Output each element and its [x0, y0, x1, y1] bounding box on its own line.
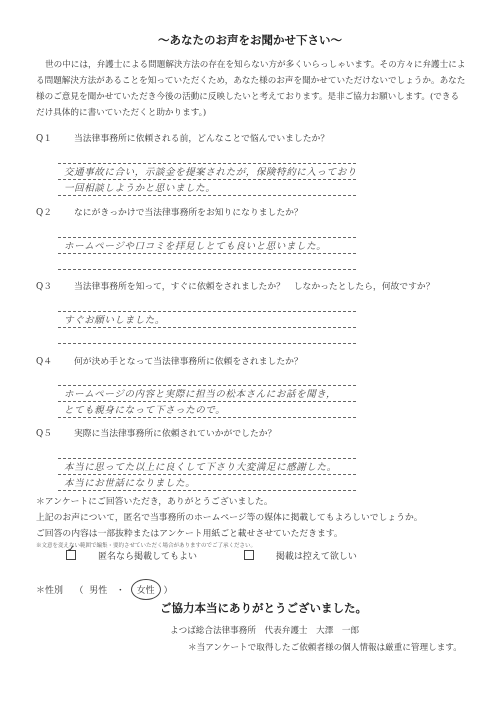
question-number: Q４ [36, 354, 74, 367]
gender-option-male[interactable]: 男性 [89, 586, 107, 596]
answer-line [58, 254, 356, 270]
answer-line: 本当に思ってた以上に良くして下さり大変満足に感謝した。 [58, 459, 356, 475]
question-text: 当法律事務所に依頼される前，どんなことで悩んでいましたか？ [74, 134, 329, 144]
intro-paragraph: 世の中には，弁護士による問題解決方法の存在を知らない方が多くいらっしゃいます。そ… [36, 57, 466, 121]
answer-line: ホームページの内容と実際に担当の松本さんにお話を聞き， [58, 386, 356, 402]
answer-line [58, 148, 356, 164]
handwritten-answer: 交通事故に合い，示談金を提案されたが，保険特約に入っており [64, 164, 357, 178]
question-text: 実際に当法律事務所に依頼されていかがでしたか？ [74, 429, 276, 439]
answer-line [58, 222, 356, 238]
firm-signature: よつば総合法律事務所 代表弁護士 大澤 一郎 [170, 624, 359, 636]
checkbox-checked-icon[interactable] [66, 550, 76, 560]
answer-line: ホームページや口コミを拝見しとても良いと思いました。 [58, 238, 356, 254]
question-3: Q３当法律事務所を知って，すぐに依頼をされましたか？ しなかったとしたら，何故で… [36, 279, 436, 292]
question-2: Q２なにがきっかけで当法律事務所をお知りになりましたか？ [36, 205, 436, 218]
consent-option-anonymous[interactable]: 匿名なら掲載してもよい [66, 552, 219, 562]
privacy-note: ＊当アンケートで取得したご依頼者様の個人情報は厳重に管理します。 [188, 641, 462, 653]
answer-line [58, 443, 356, 459]
gender-field: ＊性別 （ 男性 ・ 女性 ） [36, 579, 172, 600]
answer-line: すぐお願いしました。 [58, 312, 356, 328]
handwritten-answer: 本当に思ってた以上に良くして下さり大変満足に感謝した。 [64, 459, 337, 473]
note-excerpt: ご回答の内容は一部抜粋またはアンケート用紙ごと載せさせていただきます。 [36, 526, 476, 542]
question-5: Q５実際に当法律事務所に依頼されていかがでしたか？ [36, 426, 436, 439]
answer-line: 交通事故に合い，示談金を提案されたが，保険特約に入っており [58, 164, 356, 180]
handwritten-answer: ホームページの内容と実際に担当の松本さんにお話を聞き， [64, 386, 336, 400]
answer-line [58, 296, 356, 312]
question-number: Q３ [36, 279, 74, 292]
answer-4: ホームページの内容と実際に担当の松本さんにお話を聞き， とても親身になって下さっ… [58, 370, 356, 418]
consent-option-label: 掲載は控えて欲しい [276, 552, 357, 562]
answer-1: 交通事故に合い，示談金を提案されたが，保険特約に入っており 一回相談しようかと思… [58, 148, 356, 196]
question-text: なにがきっかけで当法律事務所をお知りになりましたか？ [74, 208, 303, 218]
paren-close: ） [163, 586, 172, 596]
question-number: Q２ [36, 205, 74, 218]
paren-open: （ [74, 586, 83, 596]
handwritten-answer: 本当にお世話になりました。 [64, 475, 195, 489]
gender-label: ＊性別 [36, 586, 63, 596]
consent-option-decline[interactable]: 掲載は控えて欲しい [244, 552, 379, 562]
question-1: Q１当法律事務所に依頼される前，どんなことで悩んでいましたか？ [36, 131, 436, 144]
answer-5: 本当に思ってた以上に良くして下さり大変満足に感謝した。 本当にお世話になりました… [58, 443, 356, 491]
question-text: 当法律事務所を知って，すぐに依頼をされましたか？ しなかったとしたら，何故ですか… [74, 282, 435, 292]
handwritten-answer: とても親身になって下さったので。 [64, 402, 225, 416]
answer-line: とても親身になって下さったので。 [58, 402, 356, 418]
note-publish-question: 上記のお声について，匿名で当事務所のホームページ等の媒体に掲載してもよろしいでし… [36, 510, 476, 526]
thanks-heading: ご協力本当にありがとうございました。 [160, 600, 367, 616]
checkbox-icon[interactable] [244, 550, 254, 560]
note-thanks: ＊アンケートにご回答いただき，ありがとうございました。 [36, 494, 476, 510]
question-text: 何が決め手となって当法律事務所に依頼をされましたか？ [74, 357, 303, 367]
closing-notes: ＊アンケートにご回答いただき，ありがとうございました。 上記のお声について，匿名… [36, 494, 476, 551]
question-number: Q５ [36, 426, 74, 439]
page-title: ～あなたのお声をお聞かせ下さい～ [0, 32, 500, 48]
handwritten-answer: ホームページや口コミを拝見しとても良いと思いました。 [64, 238, 326, 252]
answer-2: ホームページや口コミを拝見しとても良いと思いました。 [58, 222, 356, 270]
question-number: Q１ [36, 131, 74, 144]
question-4: Q４何が決め手となって当法律事務所に依頼をされましたか？ [36, 354, 436, 367]
separator: ・ [116, 586, 125, 596]
consent-option-label: 匿名なら掲載してもよい [98, 552, 197, 562]
answer-line: 本当にお世話になりました。 [58, 475, 356, 491]
consent-options: 匿名なら掲載してもよい 掲載は控えて欲しい [66, 549, 401, 562]
answer-line [58, 370, 356, 386]
answer-line [58, 328, 356, 344]
gender-option-female-circled[interactable]: 女性 [131, 579, 161, 600]
answer-line: 一回相談しようかと思いました。 [58, 180, 356, 196]
handwritten-answer: 一回相談しようかと思いました。 [64, 180, 216, 194]
answer-3: すぐお願いしました。 [58, 296, 356, 344]
handwritten-answer: すぐお願いしました。 [64, 312, 165, 326]
